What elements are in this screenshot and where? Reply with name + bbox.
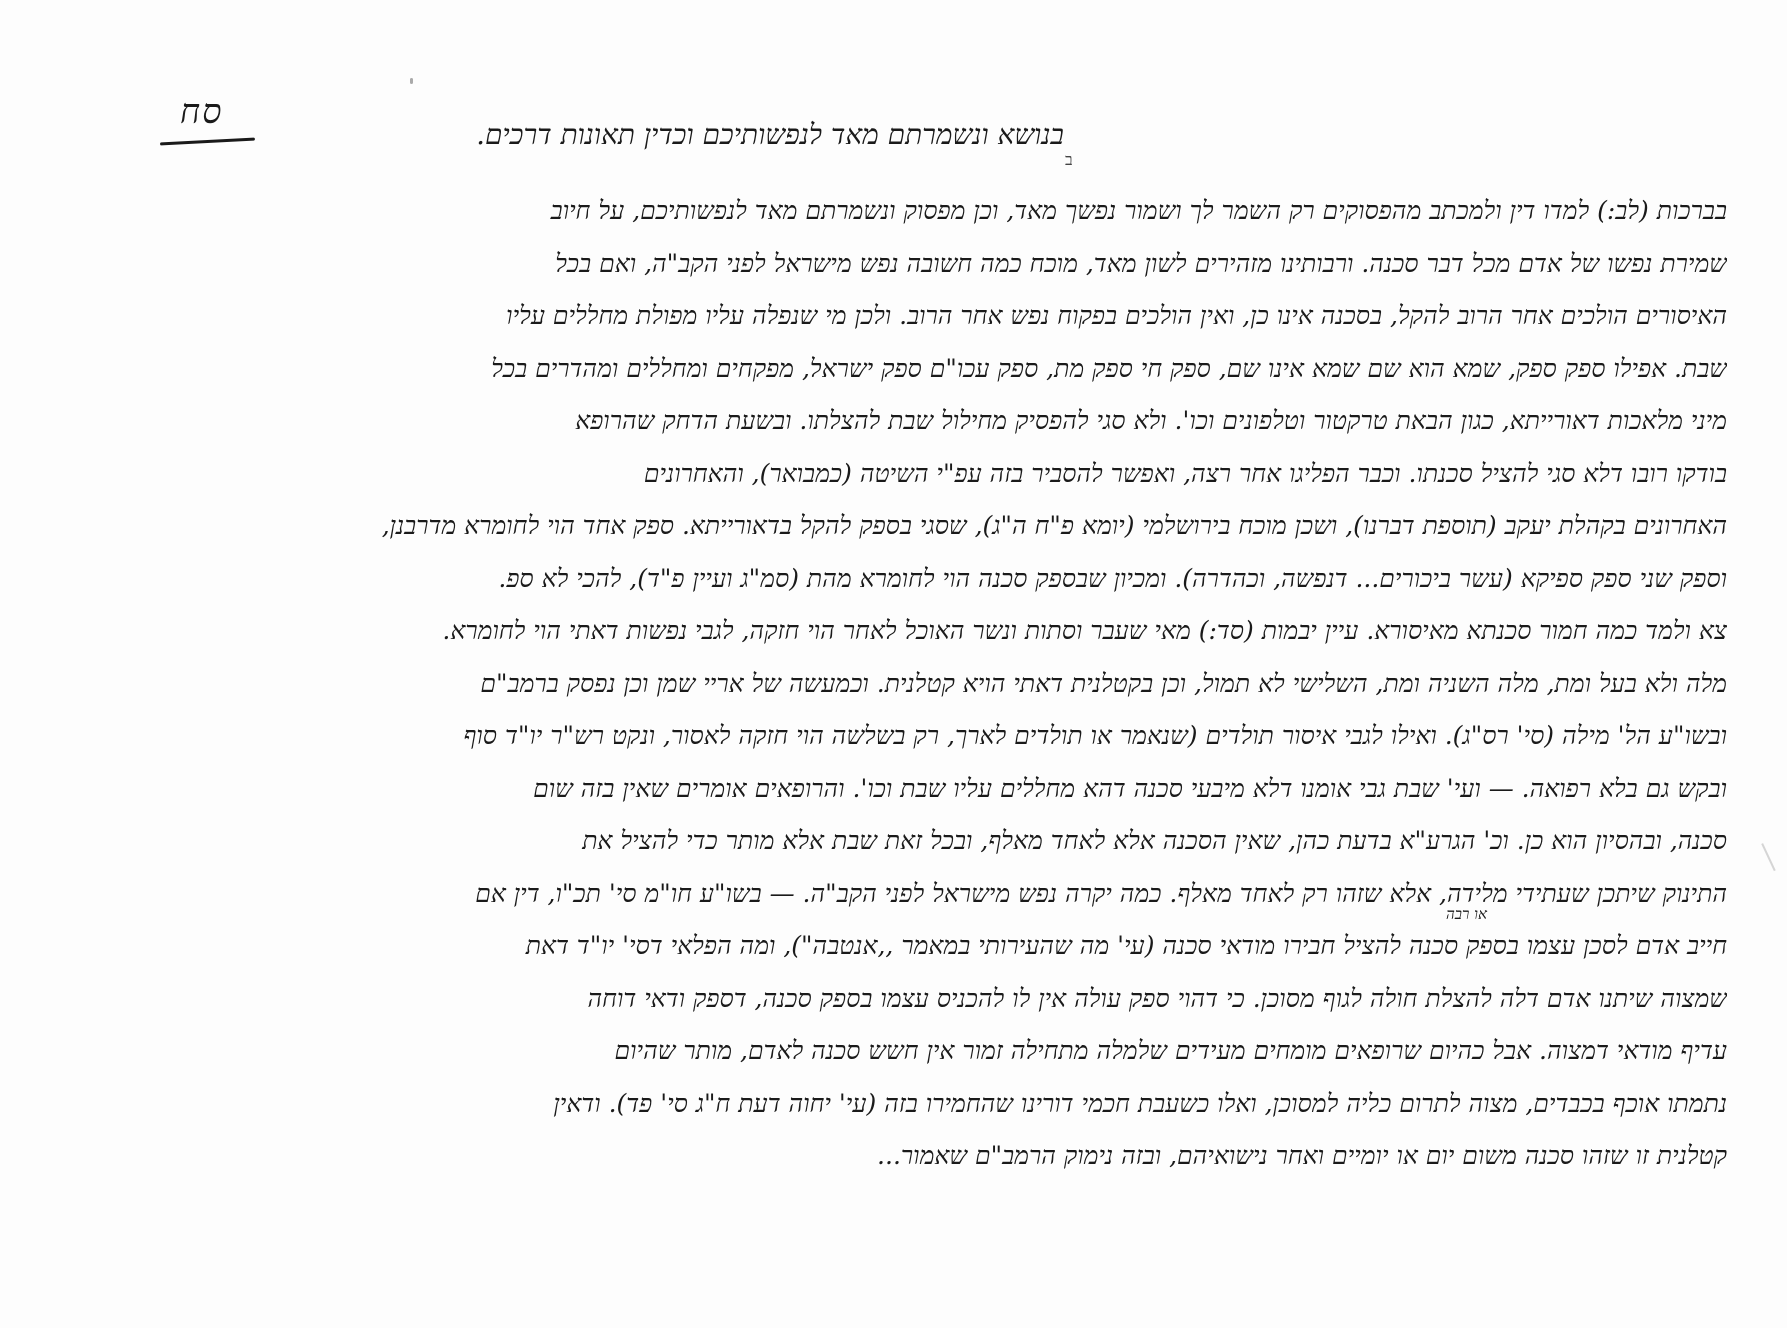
- page-number-underline: [160, 138, 255, 146]
- scan-artifact: [410, 78, 413, 84]
- text-line: וספק שני ספק ספיקא (עשר ביכורים... דנפשה…: [30, 553, 1727, 606]
- text-line: סכנה, ובהסיון הוא כן. וכ' הגרע"א בדעת כה…: [30, 815, 1727, 868]
- text-line: בברכות (לב:) למדו דין ולמכתב מהפסוקים רק…: [30, 185, 1727, 238]
- interlinear-note: או רבה: [1446, 905, 1487, 924]
- text-line: ובשו"ע הל' מילה (סי' רס"ג). ואילו לגבי א…: [30, 710, 1727, 763]
- text-line: קטלנית זו שזהו סכנה משום יום או יומיים ו…: [30, 1130, 1727, 1183]
- text-line: חייב אדם לסכן עצמו בספק סכנה להציל חבירו…: [30, 920, 1727, 973]
- text-line: נתמתו אוכף בכבדים, מצוה לתרום כליה למסוכ…: [30, 1078, 1727, 1131]
- text-line: מלה ולא בעל ומת, מלה השניה ומת, השלישי ל…: [30, 658, 1727, 711]
- text-line: צא ולמד כמה חמור סכנתא מאיסורא. עיין יבמ…: [30, 605, 1727, 658]
- header-marker: ב: [1065, 150, 1073, 170]
- scan-artifact-edge: [1761, 839, 1785, 871]
- text-line: שבת. אפילו ספק ספק, שמא הוא שם שמא אינו …: [30, 343, 1727, 396]
- text-line: האיסורים הולכים אחר הרוב להקל, בסכנה אינ…: [30, 290, 1727, 343]
- text-line: מיני מלאכות דאורייתא, כגון הבאת טרקטור ו…: [30, 395, 1727, 448]
- text-line: ובקש גם בלא רפואה. — ועי' שבת גבי אומנו …: [30, 763, 1727, 816]
- text-line: האחרונים בקהלת יעקב (תוספת דברנו), ושכן …: [30, 500, 1727, 553]
- page-title: בנושא ונשמרתם מאד לנפשותיכם וכדין תאונות…: [320, 118, 1220, 152]
- text-line: שמירת נפשו של אדם מכל דבר סכנה. ורבותינו…: [30, 238, 1727, 291]
- manuscript-body: בברכות (לב:) למדו דין ולמכתב מהפסוקים רק…: [30, 185, 1727, 1183]
- text-line: שמצוה שיתנו אדם דלה להצלת חולה לגוף מסוכ…: [30, 973, 1727, 1026]
- text-line: עדיף מודאי דמצוה. אבל כהיום שרופאים מומח…: [30, 1025, 1727, 1078]
- manuscript-page: סח בנושא ונשמרתם מאד לנפשותיכם וכדין תאו…: [0, 0, 1787, 1328]
- text-line: בודקו רובו דלא סגי להציל סכנתו. וכבר הפל…: [30, 448, 1727, 501]
- page-number: סח: [180, 92, 223, 132]
